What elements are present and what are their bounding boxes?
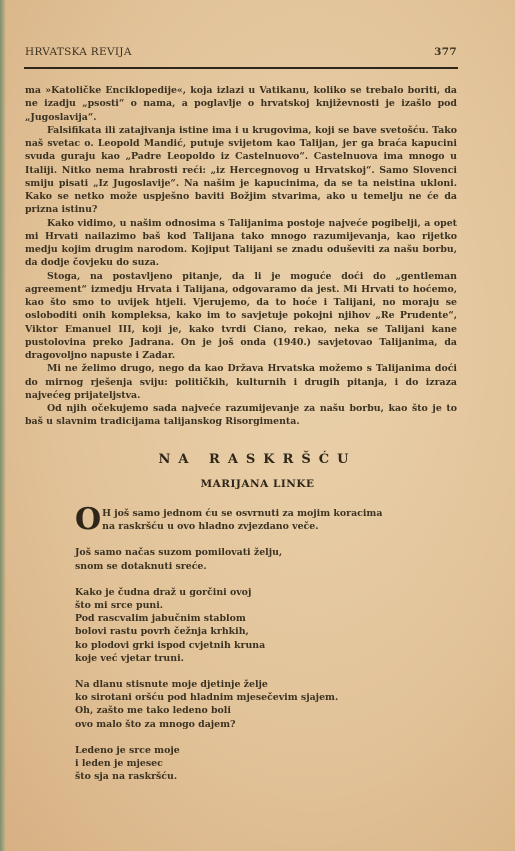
poem-body: O H još samo jednom ću se osvrnuti za mo…: [75, 507, 475, 796]
drop-cap: O: [75, 508, 101, 532]
poem-stanza: Ledeno je srce moje i leden je mjesec št…: [75, 744, 475, 784]
poem-line: što mi srce puni.: [75, 599, 475, 612]
paragraph: Falsifikata ili zatajivanja istine ima i…: [25, 124, 457, 217]
poem-line: ko plodovi grki ispod cvjetnih kruna: [75, 639, 475, 652]
poem-line: koje već vjetar truni.: [75, 652, 475, 665]
paragraph: Od njih očekujemo sada najveće razumijev…: [25, 402, 457, 429]
poem-line: Pod rascvalim jabučnim stablom: [75, 612, 475, 625]
paragraph: Kako vidimo, u našim odnosima s Talijani…: [25, 217, 457, 270]
poem-line: što sja na raskršću.: [75, 770, 475, 783]
poem-stanza: O H još samo jednom ću se osvrnuti za mo…: [75, 507, 475, 533]
page-number: 377: [434, 46, 457, 58]
poem-author: MARIJANA LINKE: [0, 478, 515, 490]
poem-stanza: Još samo načas suzom pomilovati želju, s…: [75, 546, 475, 572]
page-binding-edge: [0, 0, 6, 851]
running-header: HRVATSKA REVIJA 377: [25, 46, 457, 62]
poem-line: Na dlanu stisnute moje djetinje želje: [75, 678, 475, 691]
poem-line: Još samo načas suzom pomilovati želju,: [75, 546, 475, 559]
poem-line: i leden je mjesec: [75, 757, 475, 770]
poem-title: NA RASKRŠĆU: [0, 452, 515, 467]
poem-line: ovo malo što za mnogo dajem?: [75, 718, 475, 731]
paragraph: ma »Katoličke Enciklopedije«, koja izlaz…: [25, 84, 457, 124]
poem-line: H još samo jednom ću se osvrnuti za moji…: [75, 507, 475, 520]
paragraph: Stoga, na postavljeno pitanje, da li je …: [25, 270, 457, 363]
poem-line: ko sirotani oršću pod hladnim mjesečevim…: [75, 691, 475, 704]
poem-line: Ledeno je srce moje: [75, 744, 475, 757]
poem-line: na raskršću u ovo hladno zvjezdano veče.: [75, 520, 475, 533]
paragraph: Mi ne želimo drugo, nego da kao Država H…: [25, 362, 457, 402]
poem-line: Kako je čudna draž u gorčini ovoj: [75, 586, 475, 599]
journal-title: HRVATSKA REVIJA: [25, 46, 132, 58]
poem-line: bolovi rastu povrh čežnja krhkih,: [75, 625, 475, 638]
article-body: ma »Katoličke Enciklopedije«, koja izlaz…: [25, 84, 457, 429]
header-rule: [24, 67, 458, 69]
poem-stanza: Na dlanu stisnute moje djetinje želje ko…: [75, 678, 475, 731]
poem-stanza: Kako je čudna draž u gorčini ovoj što mi…: [75, 586, 475, 665]
poem-line: snom se dotaknuti sreće.: [75, 560, 475, 573]
poem-line: Oh, zašto me tako ledeno boli: [75, 704, 475, 717]
